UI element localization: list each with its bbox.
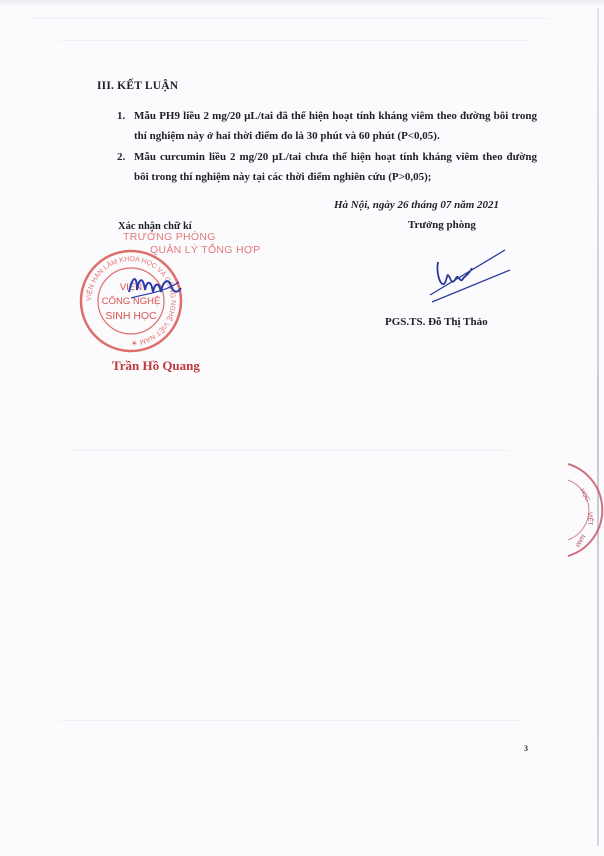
bleed-through-line xyxy=(60,720,520,721)
bleed-through-line xyxy=(60,40,530,41)
page-number: 3 xyxy=(524,744,528,753)
svg-text:HỌC: HỌC xyxy=(578,488,590,503)
place-date: Hà Nội, ngày 26 tháng 07 năm 2021 xyxy=(334,199,499,211)
signature-right-icon xyxy=(410,240,520,315)
conclusion-item: 1. Mẫu PH9 liều 2 mg/20 µL/tai đã thể hi… xyxy=(117,106,537,146)
partial-stamp-icon: HỌC VIỆT NAM xyxy=(560,460,604,560)
svg-text:VIỆT: VIỆT xyxy=(586,512,594,526)
conclusion-number: 1. xyxy=(117,106,125,126)
conclusion-item: 2. Mẫu curcumin liều 2 mg/20 µL/tai chưa… xyxy=(117,147,537,187)
conclusion-number: 2. xyxy=(117,147,125,167)
svg-text:SINH HỌC: SINH HỌC xyxy=(105,310,157,322)
page-right-edge xyxy=(597,8,599,846)
confirm-signer-name: Trần Hồ Quang xyxy=(112,358,200,374)
signer-name: PGS.TS. Đỗ Thị Thảo xyxy=(385,316,488,328)
stamp-department-line: TRƯỞNG PHÒNG xyxy=(123,231,216,243)
signer-role: Trưởng phòng xyxy=(408,219,476,231)
bleed-through-line xyxy=(70,450,510,451)
svg-text:NAM: NAM xyxy=(574,533,586,548)
signature-left-icon xyxy=(125,268,185,308)
page-top-edge xyxy=(0,0,604,6)
conclusion-text: Mẫu PH9 liều 2 mg/20 µL/tai đã thể hiện … xyxy=(134,106,537,146)
section-title: III. KẾT LUẬN xyxy=(97,80,178,92)
conclusion-text: Mẫu curcumin liều 2 mg/20 µL/tai chưa th… xyxy=(134,147,537,187)
bleed-through-line xyxy=(30,18,550,19)
